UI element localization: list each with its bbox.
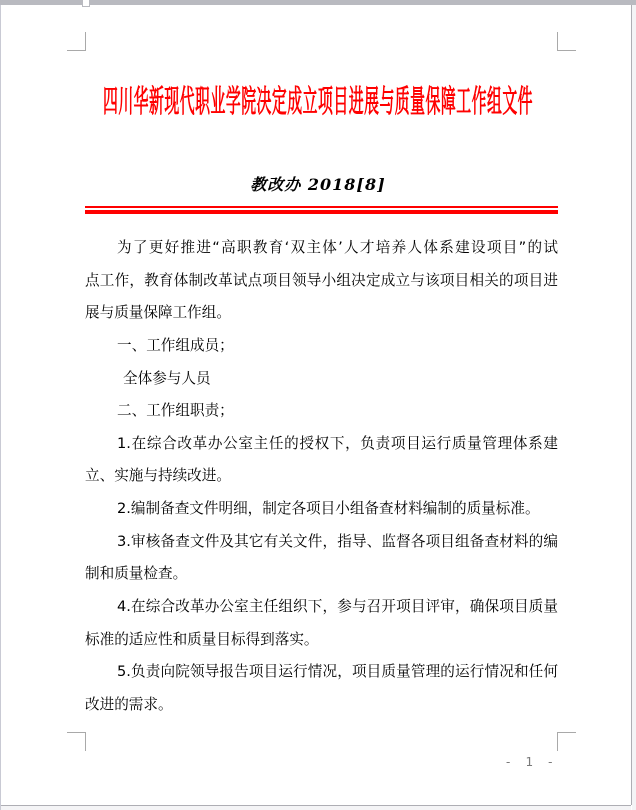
body-line[interactable]: 立、实施与持续改进。 <box>85 460 558 493</box>
body-line[interactable]: 为了更好推进“高职教育‘双主体’人才培养人体系建设项目”的试 <box>85 232 558 265</box>
body-line[interactable]: 标准的适应性和质量目标得到落实。 <box>85 624 558 657</box>
body-line[interactable]: 2.编制备查文件明细，制定各项目小组备查材料编制的质量标准。 <box>85 493 558 526</box>
body-line[interactable]: 制和质量检查。 <box>85 558 558 591</box>
document-page: 四川华新现代职业学院决定成立项目进展与质量保障工作组文件 教改办 2018[8]… <box>0 0 636 810</box>
page-bottom-edge <box>1 805 631 806</box>
body-line[interactable]: 展与质量保障工作组。 <box>85 297 558 330</box>
document-number[interactable]: 教改办 2018[8] <box>250 175 385 194</box>
document-title[interactable]: 四川华新现代职业学院决定成立项目进展与质量保障工作组文件 <box>103 84 533 120</box>
body-line[interactable]: 4.在综合改革办公室主任组织下，参与召开项目评审，确保项目质量 <box>85 591 558 624</box>
page-number: - 1 - <box>477 754 557 769</box>
margin-mark-top-left <box>67 50 86 51</box>
body-line[interactable]: 5.负责向院领导报告项目运行情况，项目质量管理的运行情况和任何 <box>85 656 558 689</box>
margin-mark-bottom-right <box>557 732 576 733</box>
body-line[interactable]: 点工作，教育体制改革试点项目领导小组决定成立与该项目相关的项目进 <box>85 265 558 298</box>
body-line[interactable]: 全体参与人员 <box>85 363 558 396</box>
red-separator-line-thin <box>85 206 558 208</box>
page-bottom-gutter <box>1 806 631 810</box>
red-separator-line-thick <box>85 210 558 214</box>
document-body[interactable]: 为了更好推进“高职教育‘双主体’人才培养人体系建设项目”的试点工作，教育体制改革… <box>85 232 558 722</box>
page-top-edge <box>0 0 636 5</box>
page-left-edge <box>0 5 1 810</box>
margin-mark-bottom-left <box>85 732 86 751</box>
body-line[interactable]: 二、工作组职责； <box>85 395 558 428</box>
body-line[interactable]: 一、工作组成员； <box>85 330 558 363</box>
document-number-row: 教改办 2018[8] <box>0 174 636 196</box>
page-right-gutter <box>632 5 636 810</box>
margin-mark-top-right <box>557 32 558 51</box>
margin-mark-bottom-right <box>557 732 558 751</box>
document-title-row: 四川华新现代职业学院决定成立项目进展与质量保障工作组文件 <box>0 84 636 120</box>
body-line[interactable]: 改进的需求。 <box>85 689 558 722</box>
body-line[interactable]: 3.审核备查文件及其它有关文件，指导、监督各项目组备查材料的编 <box>85 526 558 559</box>
body-line[interactable]: 1.在综合改革办公室主任的授权下，负责项目运行质量管理体系建 <box>85 428 558 461</box>
page-right-edge <box>631 5 632 805</box>
top-edge-notch <box>82 0 90 7</box>
margin-mark-top-right <box>557 50 576 51</box>
margin-mark-bottom-left <box>67 732 86 733</box>
margin-mark-top-left <box>85 32 86 51</box>
